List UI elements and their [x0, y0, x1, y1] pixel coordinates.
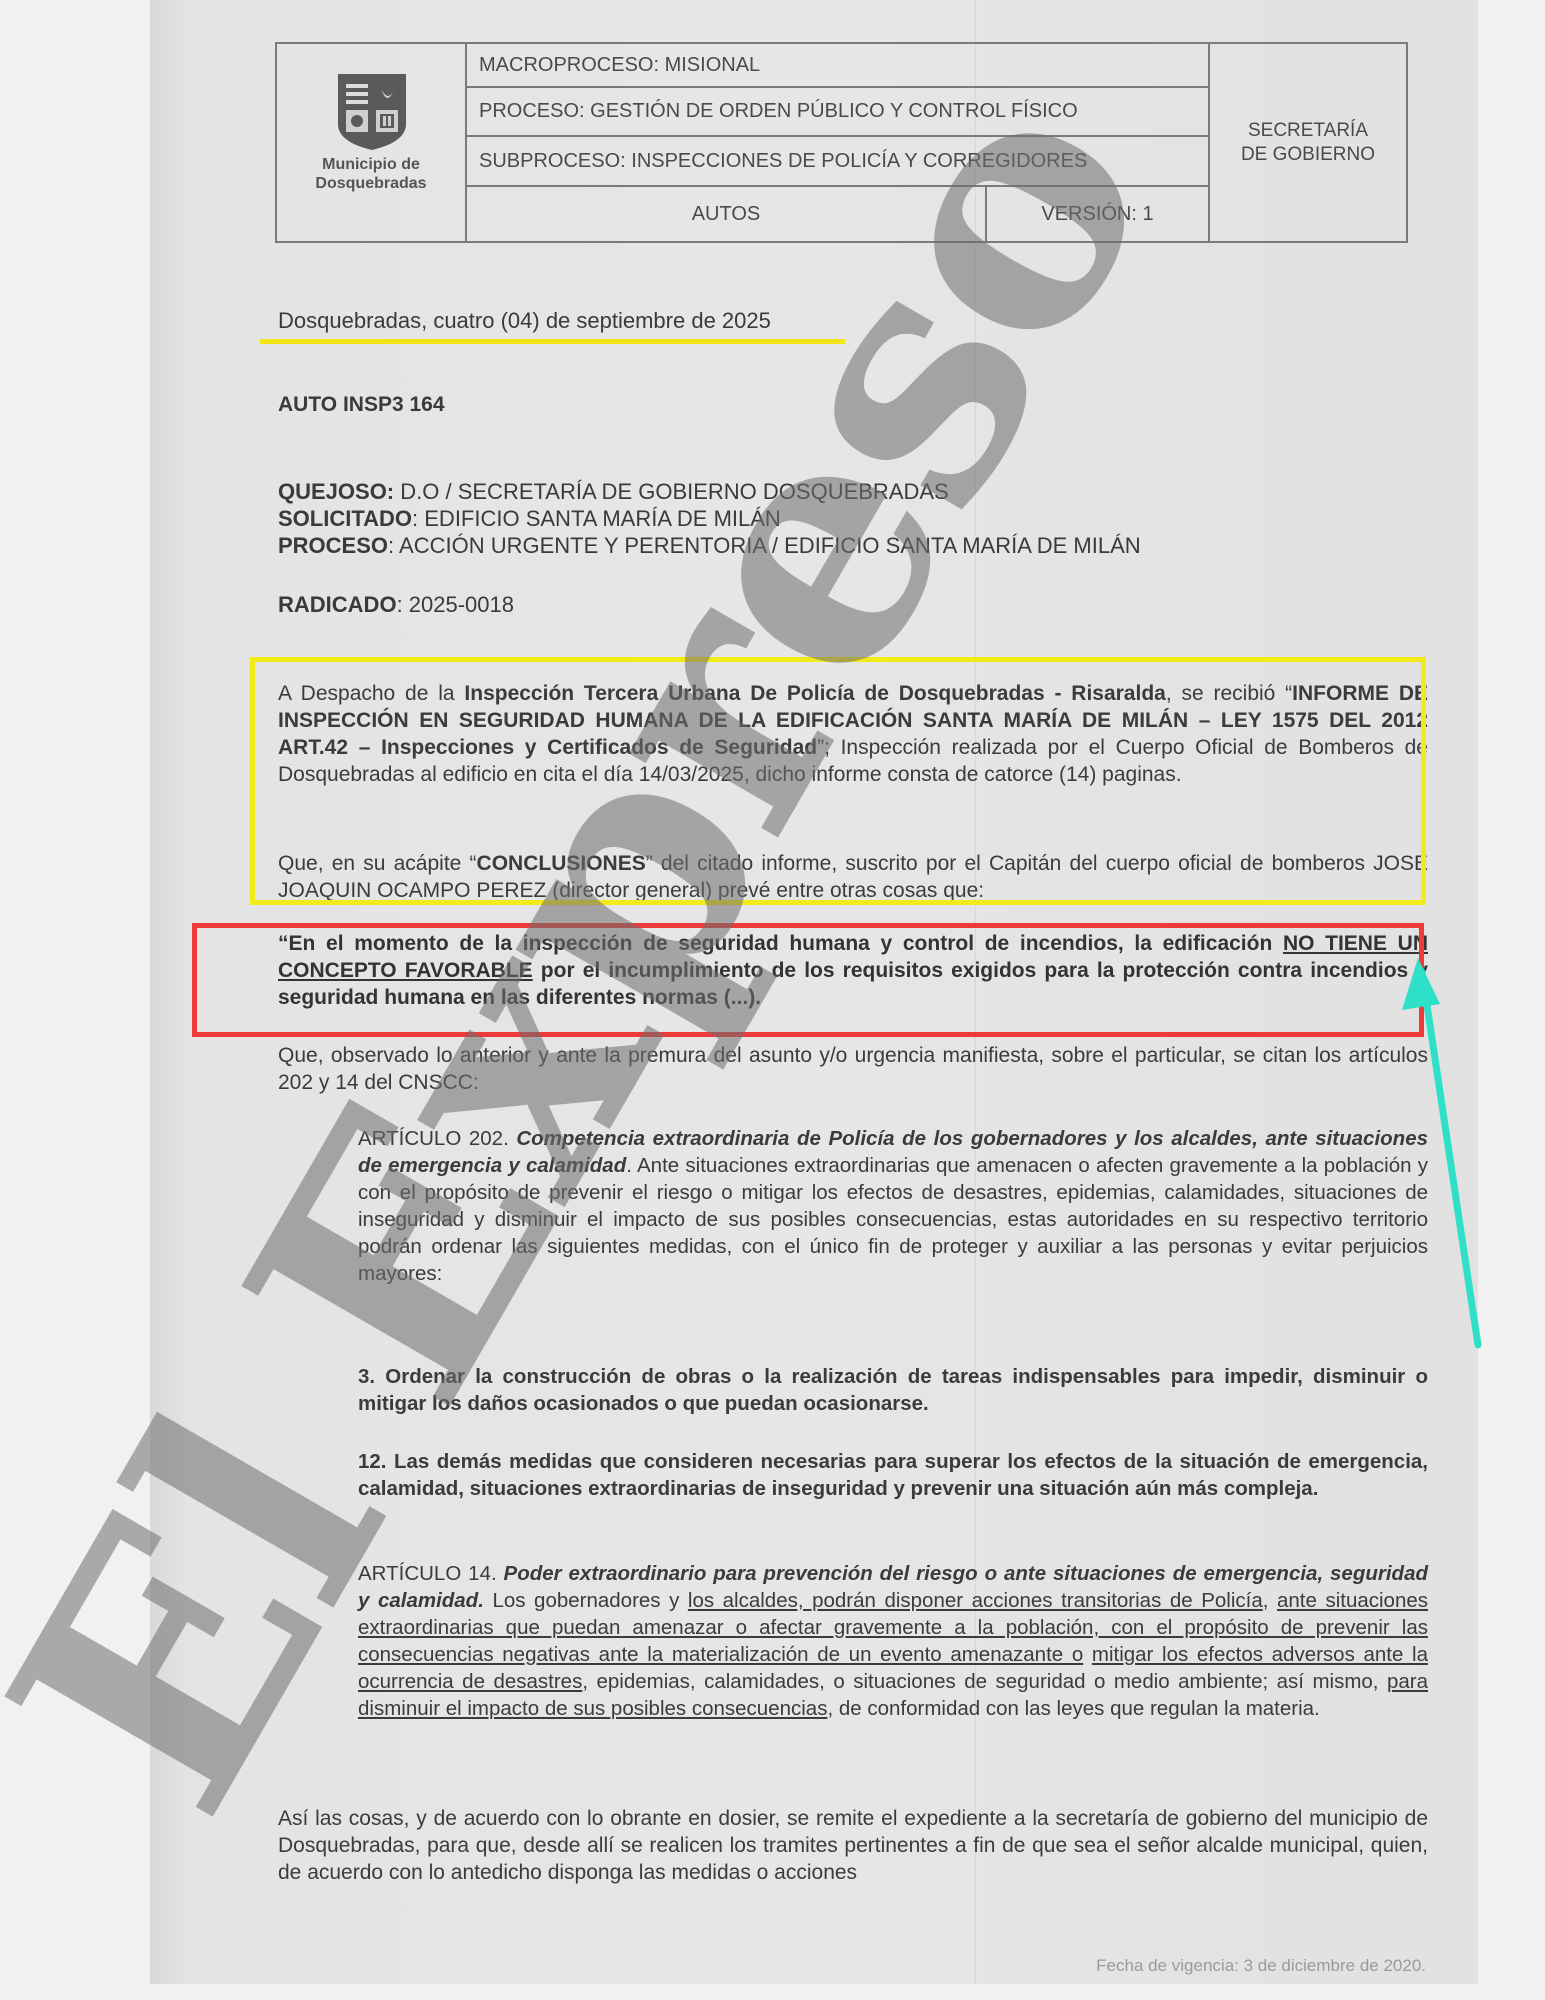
paragraph-articulos: Que, observado lo anterior y ante la pre… [278, 1042, 1428, 1096]
subproceso-cell: SUBPROCESO: INSPECCIONES DE POLICÍA Y CO… [467, 137, 1208, 187]
type-version-row: AUTOS VERSIÓN: 1 [467, 187, 1208, 241]
article-202: ARTÍCULO 202. Competencia extraordinaria… [358, 1125, 1428, 1287]
article-14: ARTÍCULO 14. Poder extraordinario para p… [358, 1560, 1428, 1722]
solicitado-line: SOLICITADO: EDIFICIO SANTA MARÍA DE MILÁ… [278, 505, 1141, 532]
auto-number: AUTO INSP3 164 [278, 393, 445, 417]
paragraph-remision: Así las cosas, y de acuerdo con lo obran… [278, 1805, 1428, 1886]
quejoso-line: QUEJOSO: D.O / SECRETARÍA DE GOBIERNO DO… [278, 478, 1141, 505]
document-header-table: Municipio de Dosquebradas MACROPROCESO: … [275, 42, 1408, 243]
radicado-line: RADICADO: 2025-0018 [278, 592, 514, 618]
document-page: Municipio de Dosquebradas MACROPROCESO: … [150, 0, 1478, 1984]
municipality-logo-cell: Municipio de Dosquebradas [277, 44, 467, 241]
macroproceso-cell: MACROPROCESO: MISIONAL [467, 44, 1208, 88]
coat-of-arms-icon [336, 72, 408, 152]
proceso-line: PROCESO: ACCIÓN URGENTE Y PERENTORIA / E… [278, 532, 1141, 559]
article-item-3: 3. Ordenar la construcción de obras o la… [358, 1363, 1428, 1417]
dependency-cell: SECRETARÍA DE GOBIERNO [1208, 44, 1406, 241]
yellow-highlight-box [250, 657, 1426, 905]
validity-footer: Fecha de vigencia: 3 de diciembre de 202… [1096, 1956, 1426, 1976]
document-date: Dosquebradas, cuatro (04) de septiembre … [278, 308, 771, 334]
version-cell: VERSIÓN: 1 [987, 187, 1208, 241]
case-metadata: QUEJOSO: D.O / SECRETARÍA DE GOBIERNO DO… [278, 478, 1141, 559]
red-highlight-box [192, 923, 1424, 1037]
municipality-name: Municipio de Dosquebradas [277, 155, 465, 193]
date-highlight-underline [260, 339, 845, 344]
article-item-12: 12. Las demás medidas que consideren nec… [358, 1448, 1428, 1502]
proceso-cell: PROCESO: GESTIÓN DE ORDEN PÚBLICO Y CONT… [467, 88, 1208, 137]
document-type-cell: AUTOS [467, 187, 987, 241]
